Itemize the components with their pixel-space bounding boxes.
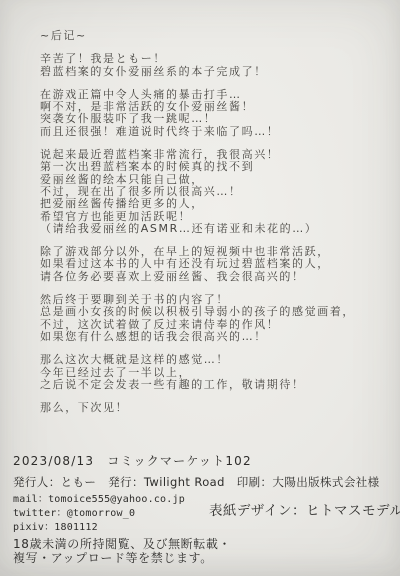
contact-links: mail：tomoice555@yahoo.co.jp twitter：@tom… bbox=[13, 493, 185, 535]
age-restriction-notice: 18歳未満の所持閲覧、及び無断転載・ 複写・アップロード等を禁じます。 bbox=[13, 537, 395, 565]
afterword-line: 第一次出碧蓝档案本的时候真的找不到 bbox=[40, 161, 384, 173]
afterword-line: 而且还很强！难道说时代终于来临了吗…！ bbox=[40, 126, 384, 138]
afterword-line: 之后说不定会发表一些有趣的工作，敬请期待！ bbox=[40, 379, 384, 391]
afterword-paragraph: 除了游戏部分以外，在早上的短视频中也非常活跃， 如果看过这本书的人中有还没有玩过… bbox=[40, 246, 384, 283]
afterword-line: 如果您有什么感想的话我会很高兴的…！ bbox=[40, 331, 384, 343]
afterword-paragraph: 辛苦了！我是ともー！ 碧蓝档案的女仆爱丽丝系的本子完成了！ bbox=[40, 53, 384, 78]
afterword-paragraph: 说起来最近碧蓝档案非常流行，我很高兴！ 第一次出碧蓝档案本的时候真的找不到 爱丽… bbox=[40, 149, 384, 235]
afterword-title: ~后记~ bbox=[40, 30, 384, 42]
afterword-line: 请各位务必要喜欢上爱丽丝酱、我会很高兴的！ bbox=[40, 271, 384, 283]
afterword-line: 如果看过这本书的人中有还没有玩过碧蓝档案的人， bbox=[40, 258, 384, 270]
contact-block: mail：tomoice555@yahoo.co.jp twitter：@tom… bbox=[13, 493, 395, 535]
publisher-line: 発行人：ともー 発行：Twilight Road 印刷：大陽出版株式会社様 bbox=[13, 474, 395, 490]
afterword-line: 突袭女仆服装吓了我一跳呢…！ bbox=[40, 113, 384, 125]
event-date-line: 2023/08/13 コミックマーケット102 bbox=[13, 452, 395, 469]
afterword-line: 希望官方也能更加活跃呢！ bbox=[40, 211, 384, 223]
contact-mail: mail：tomoice555@yahoo.co.jp bbox=[13, 493, 185, 507]
age-notice-line-2: 複写・アップロード等を禁じます。 bbox=[13, 551, 395, 565]
afterword-line: 碧蓝档案的女仆爱丽丝系的本子完成了！ bbox=[40, 66, 384, 78]
afterword-line: 那么，下次见！ bbox=[40, 402, 384, 414]
age-notice-line-1: 18歳未満の所持閲覧、及び無断転載・ bbox=[13, 537, 395, 551]
colophon: 2023/08/13 コミックマーケット102 発行人：ともー 発行：Twili… bbox=[13, 452, 395, 565]
afterword-paragraph: 在游戏正篇中令人头痛的暴击打手… 啊不对，是非常活跃的女仆爱丽丝酱！ 突袭女仆服… bbox=[40, 89, 384, 138]
afterword-line: （请给我爱丽丝的ASMR…还有诺亚和未花的…） bbox=[40, 223, 384, 235]
afterword-line: 那么这次大概就是这样的感觉…！ bbox=[40, 354, 384, 366]
cover-design-credit: 表紙デザイン：ヒトマスモデル様 bbox=[209, 499, 400, 519]
afterword-body: ~后记~ 辛苦了！我是ともー！ 碧蓝档案的女仆爱丽丝系的本子完成了！ 在游戏正篇… bbox=[40, 30, 384, 425]
afterword-paragraph: 然后终于要聊到关于书的内容了！ 总是画小女孩的时候以积极引导弱小的孩子的感觉画着… bbox=[40, 294, 384, 343]
afterword-line: 总是画小女孩的时候以积极引导弱小的孩子的感觉画着， bbox=[40, 306, 384, 318]
afterword-line: 今年已经过去了一半以上， bbox=[40, 367, 384, 379]
afterword-paragraph: 那么，下次见！ bbox=[40, 402, 384, 414]
afterword-line: 辛苦了！我是ともー！ bbox=[40, 53, 384, 65]
contact-pixiv: pixiv：1801112 bbox=[13, 521, 185, 535]
afterword-paragraph: 那么这次大概就是这样的感觉…！ 今年已经过去了一半以上， 之后说不定会发表一些有… bbox=[40, 354, 384, 391]
contact-twitter: twitter：@tomorrow_0 bbox=[13, 507, 185, 521]
afterword-line: 把爱丽丝酱传播给更多的人， bbox=[40, 198, 384, 210]
scanned-afterword-page: ~后记~ 辛苦了！我是ともー！ 碧蓝档案的女仆爱丽丝系的本子完成了！ 在游戏正篇… bbox=[0, 0, 400, 576]
